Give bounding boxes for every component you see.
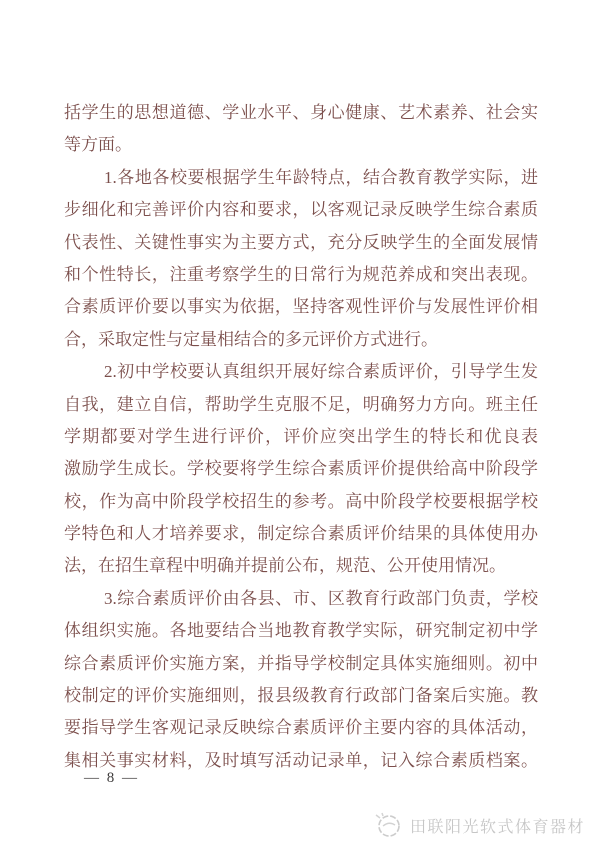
document-page: 括学生的思想道德、学业水平、身心健康、艺术素养、社会实践 等方面。 1.各地各校… [0, 0, 600, 848]
paragraph-item-1: 1.各地各校要根据学生年龄特点，结合教育教学实际，进一 步细化和完善评价内容和要… [64, 162, 538, 356]
text-line: 合素质评价要以事实为依据，坚持客观性评价与发展性评价相结 [64, 291, 538, 323]
document-body: 括学生的思想道德、学业水平、身心健康、艺术素养、社会实践 等方面。 1.各地各校… [64, 97, 538, 777]
text-line: 合，采取定性与定量相结合的多元评价方式进行。 [64, 324, 538, 356]
text-line: 要指导学生客观记录反映综合素质评价主要内容的具体活动，搜 [64, 712, 538, 744]
paragraph-item-3: 3.综合素质评价由各县、市、区教育行政部门负责，学校具 体组织实施。各地要结合当… [64, 583, 538, 777]
text-line: 1.各地各校要根据学生年龄特点，结合教育教学实际，进一 [64, 162, 538, 194]
text-line: 步细化和完善评价内容和要求，以客观记录反映学生综合素质的 [64, 194, 538, 226]
text-line: 体组织实施。各地要结合当地教育教学实际，研究制定初中学生 [64, 615, 538, 647]
text-line: 等方面。 [64, 129, 538, 161]
text-line: 校制定的评价实施细则，报县级教育行政部门备案后实施。教师 [64, 680, 538, 712]
text-line: 法，在招生章程中明确并提前公布，规范、公开使用情况。 [64, 550, 538, 582]
brand-name: 田联阳光软式体育器材 [410, 814, 585, 837]
text-line: 自我，建立自信，帮助学生克服不足，明确努力方向。班主任每 [64, 389, 538, 421]
text-line: 学期都要对学生进行评价，评价应突出学生的特长和优良表现， [64, 421, 538, 453]
text-line: 和个性特长，注重考察学生的日常行为规范养成和突出表现。综 [64, 259, 538, 291]
brand-watermark: 田联阳光软式体育器材 [373, 811, 585, 839]
text-line: 激励学生成长。学校要将学生综合素质评价提供给高中阶段学 [64, 453, 538, 485]
text-line: 3.综合素质评价由各县、市、区教育行政部门负责，学校具 [64, 583, 538, 615]
page-number: — 8 — [84, 770, 139, 787]
text-line: 括学生的思想道德、学业水平、身心健康、艺术素养、社会实践 [64, 97, 538, 129]
paragraph-item-2: 2.初中学校要认真组织开展好综合素质评价，引导学生发现 自我，建立自信，帮助学生… [64, 356, 538, 583]
text-line: 综合素质评价实施方案，并指导学校制定具体实施细则。初中学 [64, 648, 538, 680]
text-line: 校，作为高中阶段学校招生的参考。高中阶段学校要根据学校办 [64, 486, 538, 518]
text-line: 2.初中学校要认真组织开展好综合素质评价，引导学生发现 [64, 356, 538, 388]
paragraph-intro: 括学生的思想道德、学业水平、身心健康、艺术素养、社会实践 等方面。 [64, 97, 538, 162]
text-line: 代表性、关键性事实为主要方式，充分反映学生的全面发展情况 [64, 227, 538, 259]
brand-logo-icon [373, 811, 403, 839]
text-line: 学特色和人才培养要求，制定综合素质评价结果的具体使用办 [64, 518, 538, 550]
